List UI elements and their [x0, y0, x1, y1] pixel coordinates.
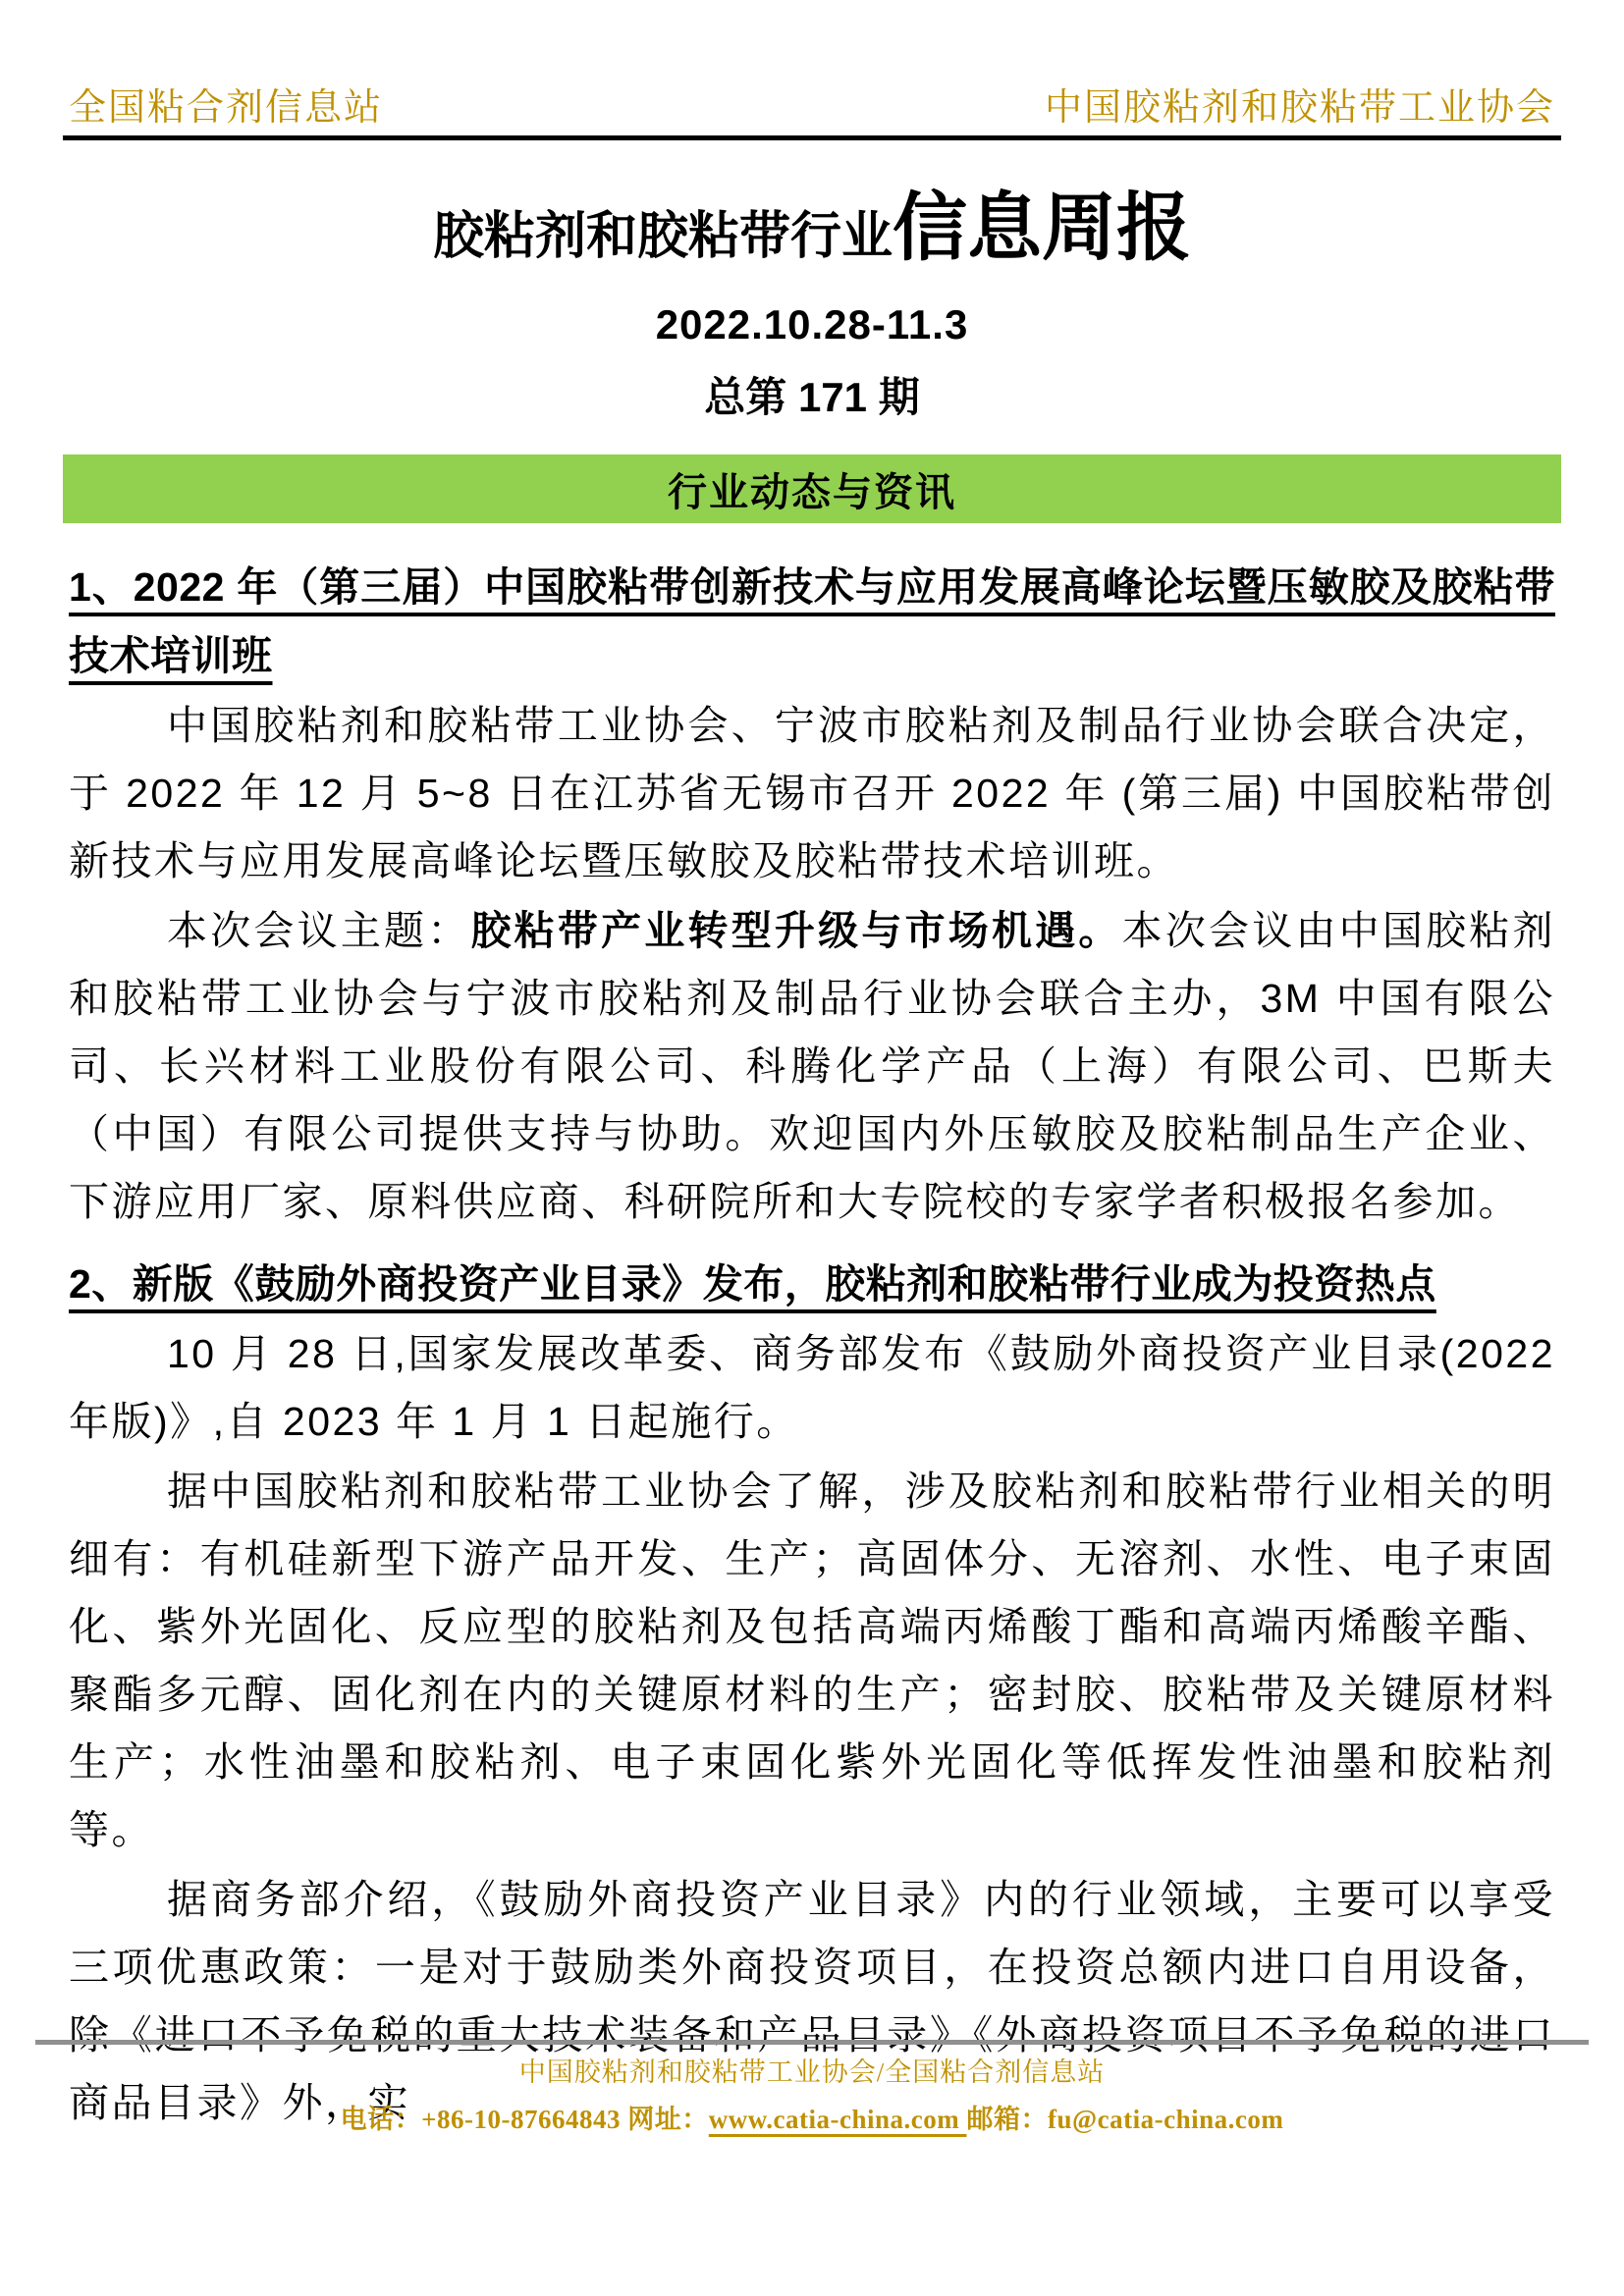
website-link[interactable]: www.catia-china.com: [709, 2105, 967, 2134]
header-right-org: 中国胶粘剂和胶粘带工业协会: [1045, 86, 1555, 130]
footer-divider: [35, 2040, 1589, 2045]
section-1-heading: 1、2022 年（第三届）中国胶粘带创新技术与应用发展高峰论坛暨压敏胶及胶粘带技…: [69, 553, 1555, 690]
email-address: fu@catia-china.com: [1048, 2105, 1283, 2134]
section-1-paragraph-2: 本次会议主题：胶粘带产业转型升级与市场机遇。本次会议由中国胶粘剂和胶粘带工业协会…: [69, 897, 1555, 1236]
footer-org-line: 中国胶粘剂和胶粘带工业协会/全国粘合剂信息站: [35, 2056, 1589, 2088]
section-2-paragraph-1: 10 月 28 日,国家发展改革委、商务部发布《鼓励外商投资产业目录(2022 …: [69, 1320, 1555, 1456]
banner-label: 行业动态与资讯: [668, 461, 956, 517]
title-block: 胶粘剂和胶粘带行业信息周报 2022.10.28-11.3 总第 171 期: [0, 180, 1624, 423]
issue-date-range: 2022.10.28-11.3: [0, 299, 1624, 350]
section-2-paragraph-2: 据中国胶粘剂和胶粘带工业协会了解，涉及胶粘剂和胶粘带行业相关的明细有：有机硅新型…: [69, 1458, 1555, 1864]
web-label: 网址：: [627, 2105, 709, 2134]
paragraph-2-prefix: 本次会议主题：: [167, 908, 470, 953]
issue-number: 总第 171 期: [0, 372, 1624, 423]
section-banner: 行业动态与资讯: [63, 454, 1561, 523]
phone-label: 电话：: [341, 2105, 422, 2134]
title-prefix: 胶粘剂和胶粘带行业: [433, 208, 893, 265]
conference-topic-bold: 胶粘带产业转型升级与市场机遇。: [470, 908, 1121, 953]
document-body: 1、2022 年（第三届）中国胶粘带创新技术与应用发展高峰论坛暨压敏胶及胶粘带技…: [69, 553, 1555, 2137]
email-label: 邮箱：: [967, 2105, 1049, 2134]
header-left-org: 全国粘合剂信息站: [69, 86, 383, 130]
page-header: 全国粘合剂信息站 中国胶粘剂和胶粘带工业协会: [63, 0, 1561, 140]
section-2-heading: 2、新版《鼓励外商投资产业目录》发布，胶粘剂和胶粘带行业成为投资热点: [69, 1250, 1555, 1318]
page-title: 胶粘剂和胶粘带行业信息周报: [0, 180, 1624, 292]
paragraph-2-rest: 本次会议由中国胶粘剂和胶粘带工业协会与宁波市胶粘剂及制品行业协会联合主办，3M …: [69, 908, 1555, 1224]
title-main: 信息周报: [893, 187, 1191, 270]
footer-contact-line: 电话：+86-10-87664843 网址：www.catia-china.co…: [35, 2104, 1589, 2135]
phone-number: +86-10-87664843: [421, 2105, 627, 2134]
document-page: 全国粘合剂信息站 中国胶粘剂和胶粘带工业协会 胶粘剂和胶粘带行业信息周报 202…: [0, 0, 1624, 2296]
page-footer: 中国胶粘剂和胶粘带工业协会/全国粘合剂信息站 电话：+86-10-8766484…: [35, 2040, 1589, 2135]
section-1-paragraph-1: 中国胶粘剂和胶粘带工业协会、宁波市胶粘剂及制品行业协会联合决定，于 2022 年…: [69, 692, 1555, 895]
